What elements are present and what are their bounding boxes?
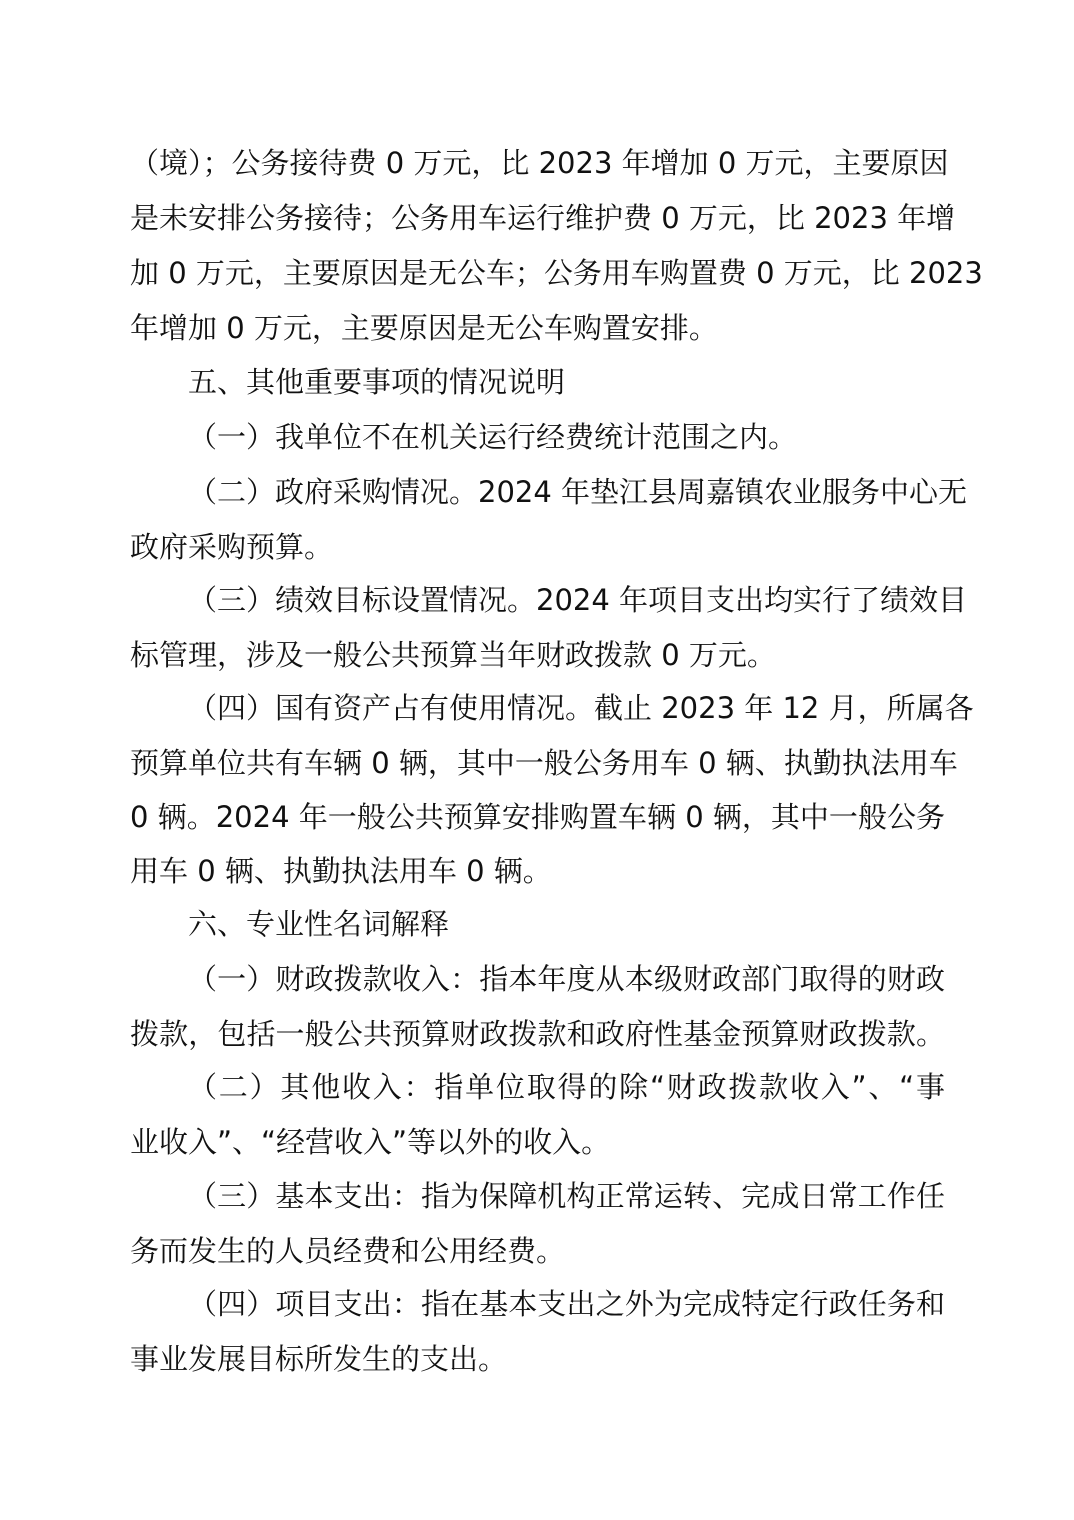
paragraph-line: 事业发展目标所发生的支出。: [130, 1341, 945, 1377]
paragraph-line: （一）我单位不在机关运行经费统计范围之内。: [188, 419, 1003, 455]
paragraph-line: （三）基本支出：指为保障机构正常运转、完成日常工作任: [188, 1178, 945, 1214]
paragraph-line: （四）项目支出：指在基本支出之外为完成特定行政任务和: [188, 1286, 945, 1322]
paragraph-line: 预算单位共有车辆 0 辆，其中一般公务用车 0 辆、执勤执法用车: [130, 745, 945, 781]
paragraph-line: 0 辆。2024 年一般公共预算安排购置车辆 0 辆，其中一般公务: [130, 799, 945, 835]
section-heading-six: 六、专业性名词解释: [188, 906, 1003, 942]
paragraph-line: （二）其他收入：指单位取得的除“财政拨款收入”、“事: [188, 1069, 945, 1105]
paragraph-line: （四）国有资产占有使用情况。截止 2023 年 12 月，所属各: [188, 690, 945, 726]
paragraph-line: 年增加 0 万元，主要原因是无公车购置安排。: [130, 310, 945, 346]
paragraph-line: （二）政府采购情况。2024 年垫江县周嘉镇农业服务中心无: [188, 474, 945, 510]
paragraph-line: 加 0 万元，主要原因是无公车；公务用车购置费 0 万元，比 2023: [130, 255, 945, 291]
paragraph-line: 用车 0 辆、执勤执法用车 0 辆。: [130, 853, 945, 889]
paragraph-line: 标管理，涉及一般公共预算当年财政拨款 0 万元。: [130, 637, 945, 673]
paragraph-line: 务而发生的人员经费和公用经费。: [130, 1233, 945, 1269]
document-page: （境）；公务接待费 0 万元，比 2023 年增加 0 万元，主要原因 是未安排…: [0, 0, 1074, 1520]
paragraph-line: 是未安排公务接待；公务用车运行维护费 0 万元，比 2023 年增: [130, 200, 945, 236]
paragraph-line: （三）绩效目标设置情况。2024 年项目支出均实行了绩效目: [188, 582, 945, 618]
paragraph-line: （境）；公务接待费 0 万元，比 2023 年增加 0 万元，主要原因: [130, 145, 945, 181]
paragraph-line: 拨款，包括一般公共预算财政拨款和政府性基金预算财政拨款。: [130, 1016, 945, 1052]
paragraph-line: 政府采购预算。: [130, 529, 945, 565]
section-heading-five: 五、其他重要事项的情况说明: [188, 364, 1003, 400]
paragraph-line: （一）财政拨款收入：指本年度从本级财政部门取得的财政: [188, 961, 945, 997]
paragraph-line: 业收入”、“经营收入”等以外的收入。: [130, 1124, 945, 1160]
